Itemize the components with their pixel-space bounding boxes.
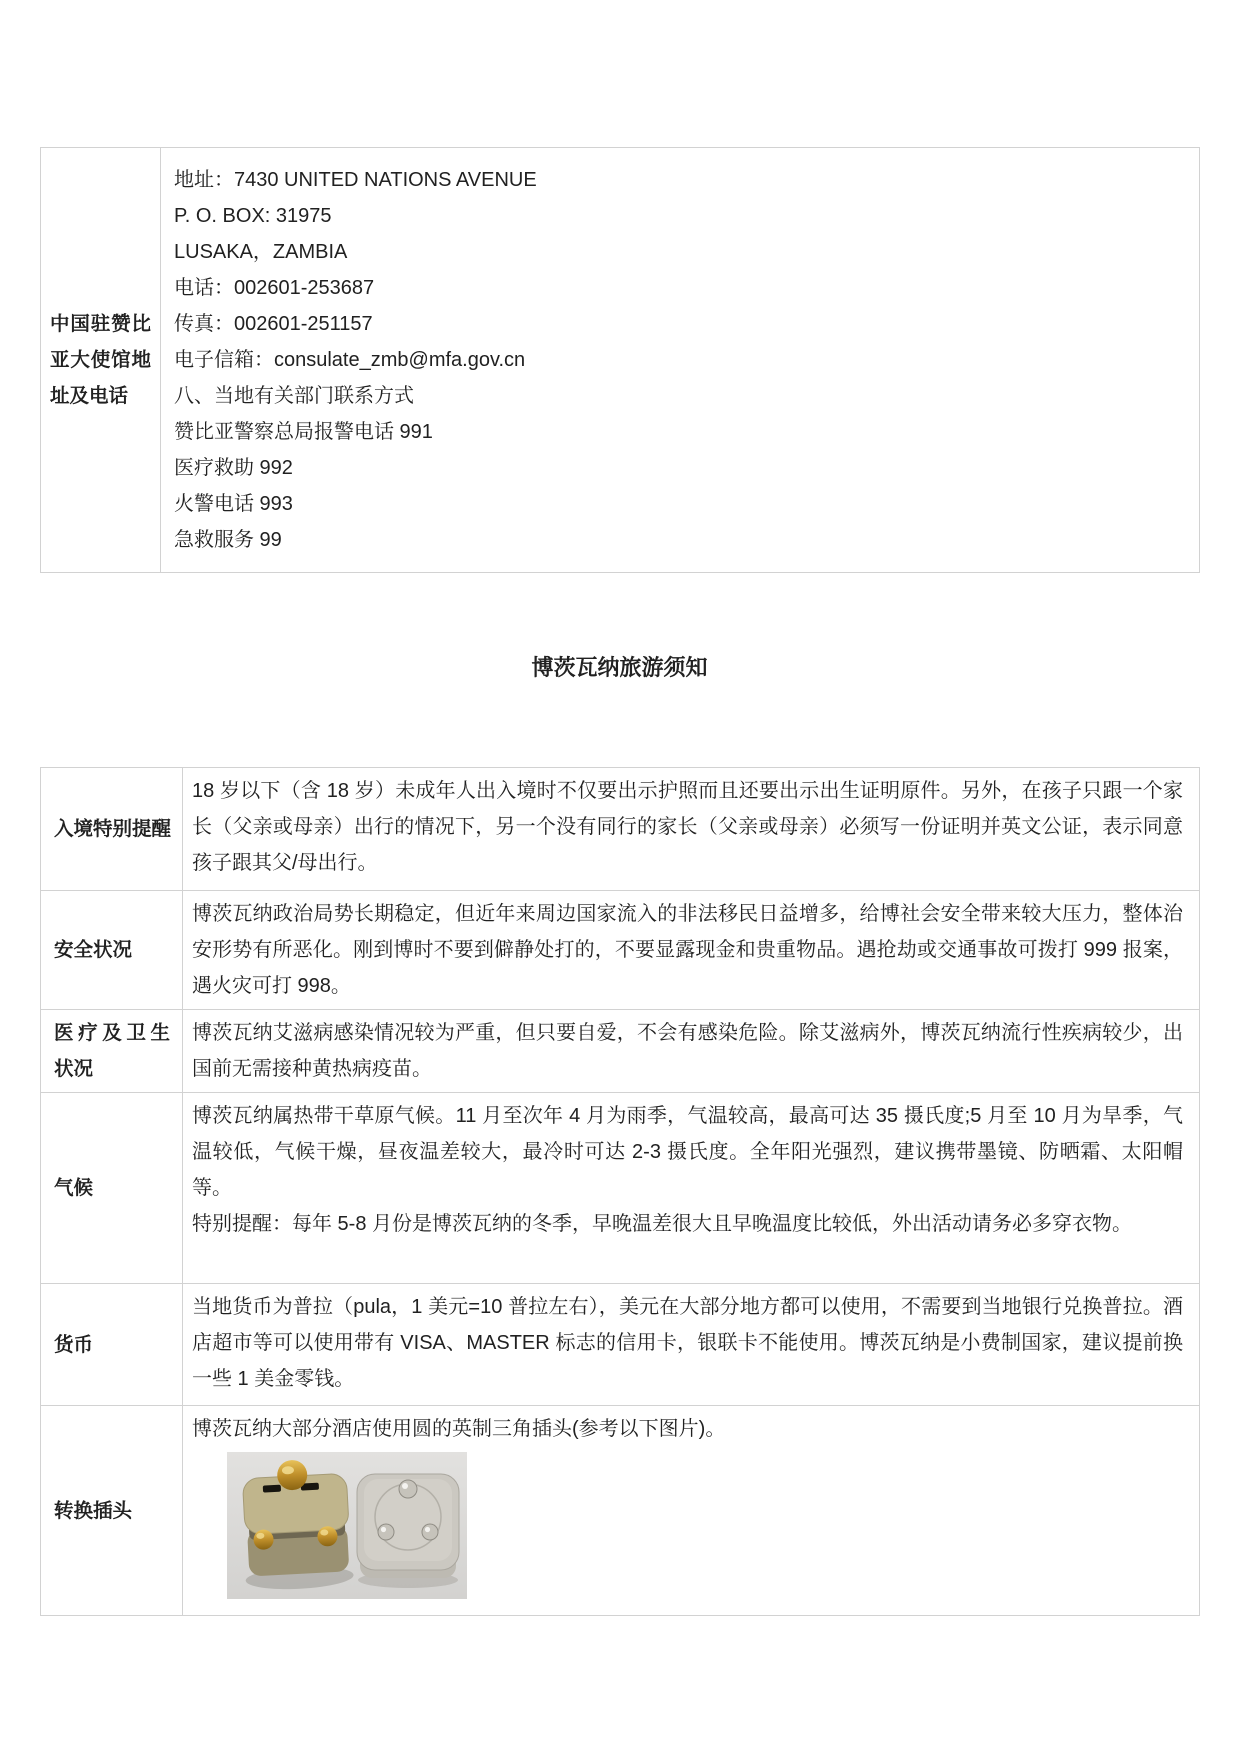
- row-label-line: 址及电话: [50, 378, 151, 414]
- paragraph: 医疗救助 992: [174, 450, 1185, 486]
- row-label-medical-health: 医疗及卫生状况: [41, 1010, 183, 1093]
- paragraph: 当地货币为普拉（pula，1 美元=10 普拉左右），美元在大部分地方都可以使用…: [192, 1289, 1183, 1397]
- row-label-currency: 货币: [41, 1284, 183, 1406]
- row-label-line: 状况: [54, 1051, 170, 1087]
- table-row-currency: 货币 当地货币为普拉（pula，1 美元=10 普拉左右），美元在大部分地方都可…: [41, 1284, 1200, 1406]
- row-content-plug-adapter: 博茨瓦纳大部分酒店使用圆的英制三角插头(参考以下图片)。: [183, 1406, 1200, 1616]
- row-paragraphs: 当地货币为普拉（pula，1 美元=10 普拉左右），美元在大部分地方都可以使用…: [192, 1289, 1183, 1397]
- paragraph: 急救服务 99: [174, 522, 1185, 558]
- document-page: 中国驻赞比亚大使馆地址及电话 地址：7430 UNITED NATIONS AV…: [0, 0, 1236, 1747]
- embassy-contact-lines: 地址：7430 UNITED NATIONS AVENUEP. O. BOX: …: [174, 162, 1185, 558]
- paragraph: 火警电话 993: [174, 486, 1185, 522]
- paragraph: 博茨瓦纳政治局势长期稳定，但近年来周边国家流入的非法移民日益增多，给博社会安全带…: [192, 896, 1183, 1004]
- row-label-entry-reminder: 入境特别提醒: [41, 768, 183, 891]
- paragraph: 博茨瓦纳属热带干草原气候。11 月至次年 4 月为雨季，气温较高，最高可达 35…: [192, 1098, 1183, 1206]
- travel-notice-table: 入境特别提醒 18 岁以下（含 18 岁）未成年人出入境时不仅要出示护照而且还要…: [40, 767, 1200, 1616]
- paragraph: 博茨瓦纳艾滋病感染情况较为严重，但只要自爱，不会有感染危险。除艾滋病外，博茨瓦纳…: [192, 1015, 1183, 1087]
- table-row-plug-adapter: 转换插头 博茨瓦纳大部分酒店使用圆的英制三角插头(参考以下图片)。: [41, 1406, 1200, 1616]
- paragraph: 18 岁以下（含 18 岁）未成年人出入境时不仅要出示护照而且还要出示出生证明原…: [192, 773, 1183, 881]
- row-paragraphs: 博茨瓦纳政治局势长期稳定，但近年来周边国家流入的非法移民日益增多，给博社会安全带…: [192, 896, 1183, 1004]
- embassy-table-label-cell: 中国驻赞比亚大使馆地址及电话: [41, 148, 161, 573]
- paragraph: P. O. BOX: 31975: [174, 198, 1185, 234]
- paragraph: 传真：002601-251157: [174, 306, 1185, 342]
- paragraph: 地址：7430 UNITED NATIONS AVENUE: [174, 162, 1185, 198]
- table-row-safety: 安全状况 博茨瓦纳政治局势长期稳定，但近年来周边国家流入的非法移民日益增多，给博…: [41, 891, 1200, 1010]
- row-content-climate: 博茨瓦纳属热带干草原气候。11 月至次年 4 月为雨季，气温较高，最高可达 35…: [183, 1093, 1200, 1284]
- plug-photo-graphic: [227, 1452, 467, 1599]
- embassy-table-row: 中国驻赞比亚大使馆地址及电话 地址：7430 UNITED NATIONS AV…: [41, 148, 1200, 573]
- paragraph: 博茨瓦纳大部分酒店使用圆的英制三角插头(参考以下图片)。: [192, 1411, 1183, 1447]
- row-paragraphs: 博茨瓦纳大部分酒店使用圆的英制三角插头(参考以下图片)。: [192, 1411, 1183, 1447]
- row-content-safety: 博茨瓦纳政治局势长期稳定，但近年来周边国家流入的非法移民日益增多，给博社会安全带…: [183, 891, 1200, 1010]
- row-label-line: 货币: [54, 1327, 170, 1363]
- embassy-table-content-cell: 地址：7430 UNITED NATIONS AVENUEP. O. BOX: …: [161, 148, 1200, 573]
- blank-line: [192, 1242, 1183, 1278]
- row-paragraphs: 18 岁以下（含 18 岁）未成年人出入境时不仅要出示护照而且还要出示出生证明原…: [192, 773, 1183, 881]
- row-label-line: 医疗及卫生: [54, 1015, 170, 1051]
- table-row-medical-health: 医疗及卫生状况 博茨瓦纳艾滋病感染情况较为严重，但只要自爱，不会有感染危险。除艾…: [41, 1010, 1200, 1093]
- paragraph: 特别提醒：每年 5-8 月份是博茨瓦纳的冬季，早晚温差很大且早晚温度比较低，外出…: [192, 1206, 1183, 1242]
- row-content-entry-reminder: 18 岁以下（含 18 岁）未成年人出入境时不仅要出示护照而且还要出示出生证明原…: [183, 768, 1200, 891]
- paragraph: LUSAKA，ZAMBIA: [174, 234, 1185, 270]
- row-label-line: 转换插头: [54, 1493, 170, 1529]
- row-label-line: 中国驻赞比: [50, 306, 151, 342]
- row-label-line: 气候: [54, 1170, 170, 1206]
- table-row-climate: 气候 博茨瓦纳属热带干草原气候。11 月至次年 4 月为雨季，气温较高，最高可达…: [41, 1093, 1200, 1284]
- paragraph: 八、当地有关部门联系方式: [174, 378, 1185, 414]
- row-paragraphs: 博茨瓦纳艾滋病感染情况较为严重，但只要自爱，不会有感染危险。除艾滋病外，博茨瓦纳…: [192, 1015, 1183, 1087]
- row-paragraphs: 博茨瓦纳属热带干草原气候。11 月至次年 4 月为雨季，气温较高，最高可达 35…: [192, 1098, 1183, 1278]
- row-label-line: 入境特别提醒: [54, 811, 170, 847]
- page-title: 博茨瓦纳旅游须知: [40, 651, 1199, 685]
- row-label-climate: 气候: [41, 1093, 183, 1284]
- table-row-entry-reminder: 入境特别提醒 18 岁以下（含 18 岁）未成年人出入境时不仅要出示护照而且还要…: [41, 768, 1200, 891]
- row-label-plug-adapter: 转换插头: [41, 1406, 183, 1616]
- row-label-safety: 安全状况: [41, 891, 183, 1010]
- row-label-line: 亚大使馆地: [50, 342, 151, 378]
- row-content-medical-health: 博茨瓦纳艾滋病感染情况较为严重，但只要自爱，不会有感染危险。除艾滋病外，博茨瓦纳…: [183, 1010, 1200, 1093]
- paragraph: 赞比亚警察总局报警电话 991: [174, 414, 1185, 450]
- row-content-currency: 当地货币为普拉（pula，1 美元=10 普拉左右），美元在大部分地方都可以使用…: [183, 1284, 1200, 1406]
- embassy-contact-table: 中国驻赞比亚大使馆地址及电话 地址：7430 UNITED NATIONS AV…: [40, 147, 1200, 573]
- uk-three-pin-plug-photo: [227, 1452, 467, 1599]
- row-label-line: 安全状况: [54, 932, 170, 968]
- paragraph: 电子信箱：consulate_zmb@mfa.gov.cn: [174, 342, 1185, 378]
- paragraph: 电话：002601-253687: [174, 270, 1185, 306]
